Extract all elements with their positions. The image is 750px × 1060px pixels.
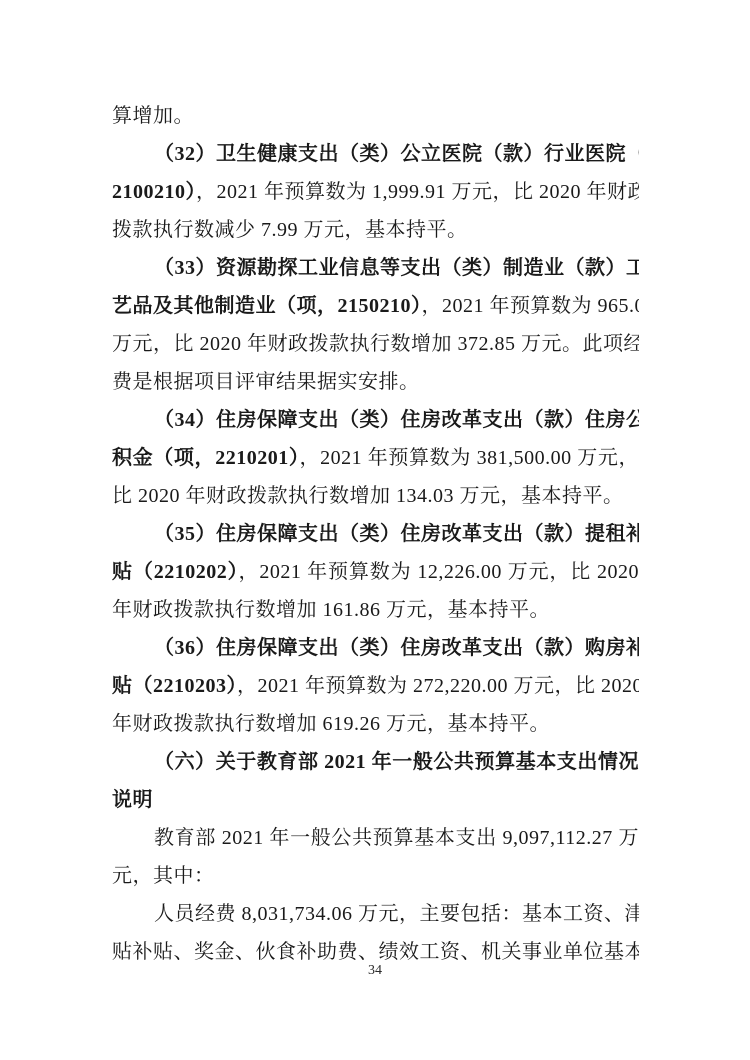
text-segment: 比 2020 年财政拨款执行数增加 134.03 万元，基本持平。 (112, 485, 624, 507)
text-segment: （33）资源勘探工业信息等支出（类）制造业（款）工 (154, 257, 639, 279)
document-page: 算增加。（32）卫生健康支出（类）公立医院（款）行业医院（项，2100210），… (0, 0, 750, 1060)
text-segment: 贴（2210203） (112, 675, 237, 697)
text-segment: （36）住房保障支出（类）住房改革支出（款）购房补 (154, 637, 639, 659)
text-segment: ，2021 年预算数为 272,220.00 万元，比 2020 (237, 675, 639, 697)
text-line: 比 2020 年财政拨款执行数增加 134.03 万元，基本持平。 (112, 477, 639, 515)
text-segment: 说明 (112, 789, 153, 811)
text-segment: 积金（项，2210201） (112, 447, 299, 469)
text-segment: ，2021 年预算数为 12,226.00 万元，比 2020 (238, 561, 639, 583)
text-segment: ，2021 年预算数为 1,999.91 万元，比 2020 年财政 (196, 181, 639, 203)
text-segment: （32）卫生健康支出（类）公立医院（款）行业医院（项， (154, 143, 639, 165)
text-segment: 算增加。 (112, 105, 194, 127)
text-segment: 拨款执行数减少 7.99 万元，基本持平。 (112, 219, 468, 241)
text-segment: 艺品及其他制造业（项，2150210） (112, 295, 422, 317)
text-line: （34）住房保障支出（类）住房改革支出（款）住房公 (112, 401, 639, 439)
text-line: 人员经费 8,031,734.06 万元，主要包括：基本工资、津 (112, 895, 639, 933)
text-segment: 贴（2210202） (112, 561, 238, 583)
text-segment: 元，其中： (112, 865, 215, 887)
text-segment: 费是根据项目评审结果据实安排。 (112, 371, 420, 393)
text-line: 年财政拨款执行数增加 619.26 万元，基本持平。 (112, 705, 639, 743)
text-segment: （六）关于教育部 2021 年一般公共预算基本支出情况 (154, 751, 639, 773)
text-line: 积金（项，2210201），2021 年预算数为 381,500.00 万元， (112, 439, 639, 477)
text-segment: （34）住房保障支出（类）住房改革支出（款）住房公 (154, 409, 639, 431)
text-segment: （35）住房保障支出（类）住房改革支出（款）提租补 (154, 523, 639, 545)
text-line: 贴（2210203），2021 年预算数为 272,220.00 万元，比 20… (112, 667, 639, 705)
text-line: 费是根据项目评审结果据实安排。 (112, 363, 639, 401)
text-line: 教育部 2021 年一般公共预算基本支出 9,097,112.27 万 (112, 819, 639, 857)
text-line: （33）资源勘探工业信息等支出（类）制造业（款）工 (112, 249, 639, 287)
text-line: （32）卫生健康支出（类）公立医院（款）行业医院（项， (112, 135, 639, 173)
text-segment: 年财政拨款执行数增加 161.86 万元，基本持平。 (112, 599, 550, 621)
text-line: 说明 (112, 781, 639, 819)
text-segment: ，2021 年预算数为 965.00 (422, 295, 640, 317)
text-line: 2100210），2021 年预算数为 1,999.91 万元，比 2020 年… (112, 173, 639, 211)
text-line: 贴（2210202），2021 年预算数为 12,226.00 万元，比 202… (112, 553, 639, 591)
text-segment: 万元，比 2020 年财政拨款执行数增加 372.85 万元。此项经 (112, 333, 639, 355)
text-line: 年财政拨款执行数增加 161.86 万元，基本持平。 (112, 591, 639, 629)
text-segment: 2100210） (112, 181, 196, 203)
text-segment: 年财政拨款执行数增加 619.26 万元，基本持平。 (112, 713, 550, 735)
text-line: （36）住房保障支出（类）住房改革支出（款）购房补 (112, 629, 639, 667)
text-line: 元，其中： (112, 857, 639, 895)
document-body: 算增加。（32）卫生健康支出（类）公立医院（款）行业医院（项，2100210），… (112, 97, 639, 971)
text-line: 艺品及其他制造业（项，2150210），2021 年预算数为 965.00 (112, 287, 639, 325)
text-line: 算增加。 (112, 97, 639, 135)
text-line: 拨款执行数减少 7.99 万元，基本持平。 (112, 211, 639, 249)
text-line: 万元，比 2020 年财政拨款执行数增加 372.85 万元。此项经 (112, 325, 639, 363)
text-segment: 教育部 2021 年一般公共预算基本支出 9,097,112.27 万 (154, 827, 639, 849)
text-segment: 人员经费 8,031,734.06 万元，主要包括：基本工资、津 (154, 903, 639, 925)
text-line: （35）住房保障支出（类）住房改革支出（款）提租补 (112, 515, 639, 553)
page-number: 34 (0, 961, 750, 981)
text-segment: ，2021 年预算数为 381,500.00 万元， (299, 447, 639, 469)
text-segment: 贴补贴、奖金、伙食补助费、绩效工资、机关事业单位基本 (112, 941, 639, 963)
text-line: （六）关于教育部 2021 年一般公共预算基本支出情况 (112, 743, 639, 781)
